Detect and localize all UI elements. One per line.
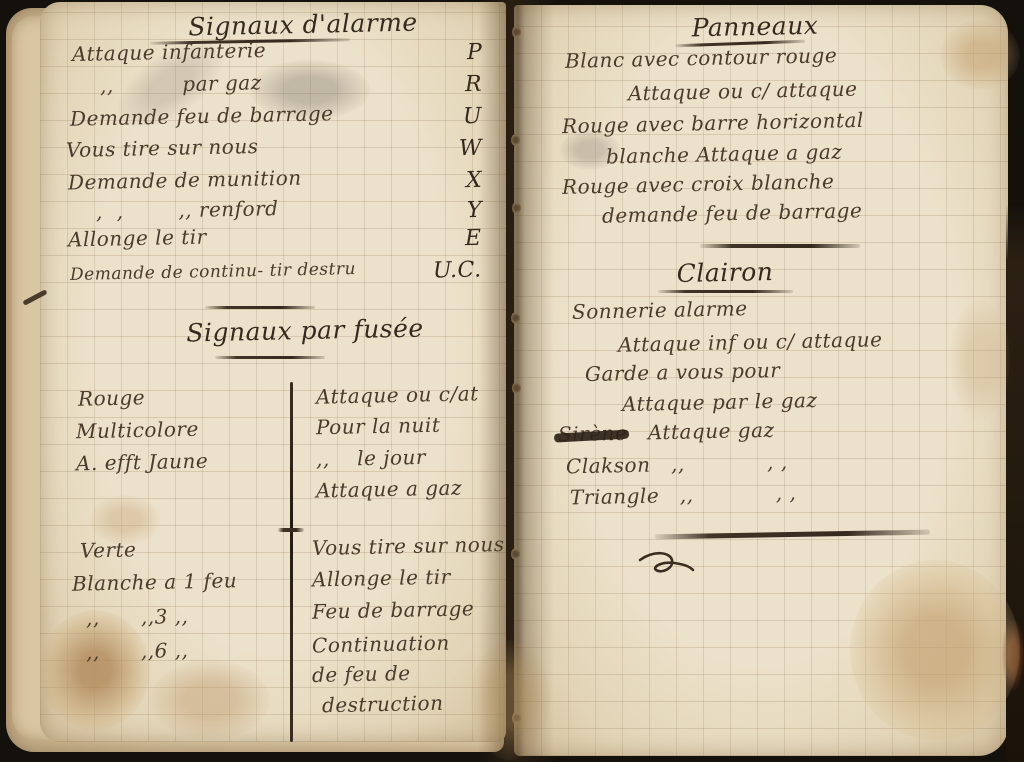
signal-code: U: [463, 104, 483, 129]
signal-code: X: [466, 168, 483, 193]
crossed-out-word: Sirène: [558, 421, 628, 446]
signal-code: W: [459, 136, 483, 161]
fusee-meaning: Continuation: [312, 631, 450, 658]
panneaux-line: Attaque ou c/ attaque: [628, 77, 858, 106]
left-page-title: Signaux d'alarme: [158, 7, 449, 42]
clairon-line: Attaque par le gaz: [622, 388, 818, 416]
table-row: Demande feu de barrage U: [70, 104, 482, 129]
fusee-signal: Multicolore: [76, 417, 199, 444]
fusee-meaning: ,, le jour: [316, 445, 426, 471]
table-row: Vous tire sur nous W: [66, 136, 482, 161]
stitch-knot: [511, 312, 520, 324]
clairon-line-rest-text: Attaque gaz: [648, 418, 775, 445]
signal-code: Y: [467, 198, 483, 223]
signal-label: Attaque infanterie: [72, 38, 267, 66]
fusee-signal: Blanche a 1 feu: [72, 568, 238, 595]
clairon-line: Sonnerie alarme: [572, 296, 748, 324]
signal-code: E: [465, 226, 482, 251]
stitch-knot: [512, 382, 521, 394]
signal-label: Allonge le tir: [68, 225, 207, 252]
fusee-signal: ,, ,,3 ,,: [86, 604, 189, 630]
fusee-title: Signaux par fusée: [160, 313, 451, 348]
fusee-meaning: de feu de: [312, 661, 411, 687]
notebook-scan: Signaux d'alarme Attaque infanterie P ,,…: [0, 0, 1024, 762]
fusee-signal: Rouge: [78, 385, 146, 410]
table-row: Demande de continu- tir destru U.C.: [70, 258, 482, 283]
clairon-line: Triangle ,, , ,: [570, 481, 797, 510]
fusee-meaning: Pour la nuit: [316, 413, 441, 440]
pen-flourish: [636, 546, 696, 580]
fusee-meaning: Attaque a gaz: [316, 475, 462, 502]
signal-label: , , ,, renford: [96, 196, 279, 224]
clairon-line: Garde a vous pour: [585, 358, 781, 386]
fusee-meaning: destruction: [322, 691, 444, 718]
fusee-meaning: Vous tire sur nous: [312, 532, 505, 560]
signal-code: P: [466, 40, 482, 65]
signal-label: ,, par gaz: [100, 70, 262, 97]
signal-label: Demande feu de barrage: [70, 101, 334, 131]
table-row: Attaque infanterie P: [72, 40, 482, 65]
column-divider: [290, 382, 293, 742]
clairon-line-struck: Sirène Attaque gaz: [558, 418, 775, 447]
stitch-knot: [512, 26, 521, 38]
signal-code: R: [465, 72, 483, 97]
panneaux-line: blanche Attaque a gaz: [606, 140, 843, 169]
stitch-knot: [512, 202, 521, 214]
table-row: Demande de munition X: [68, 168, 482, 193]
fusee-meaning: Attaque ou c/at: [316, 381, 479, 408]
fusee-meaning: Allonge le tir: [312, 565, 451, 592]
clairon-line: Clakson ,, , ,: [566, 450, 788, 479]
signal-label: Demande de continu- tir destru: [70, 259, 356, 285]
panneaux-title: Panneaux: [630, 9, 881, 43]
signal-label: Vous tire sur nous: [66, 134, 259, 162]
signal-code: U.C.: [433, 257, 482, 283]
signal-label: Demande de munition: [68, 166, 302, 195]
fusee-signal: A. efft Jaune: [76, 449, 209, 476]
clairon-line-rest: [627, 420, 648, 444]
fusee-meaning: Feu de barrage: [312, 596, 475, 623]
stitch-knot: [512, 712, 521, 724]
fusee-signal: ,, ,,6 ,,: [86, 638, 189, 664]
stitch-knot: [511, 134, 520, 146]
table-row: ,, par gaz R: [100, 72, 482, 97]
table-row: , , ,, renford Y: [96, 198, 482, 223]
stitch-knot: [511, 548, 520, 560]
table-row: Allonge le tir E: [68, 226, 482, 251]
clairon-title: Clairon: [600, 255, 851, 289]
fusee-signal: Verte: [80, 537, 137, 562]
cover-stain: [1002, 620, 1024, 690]
